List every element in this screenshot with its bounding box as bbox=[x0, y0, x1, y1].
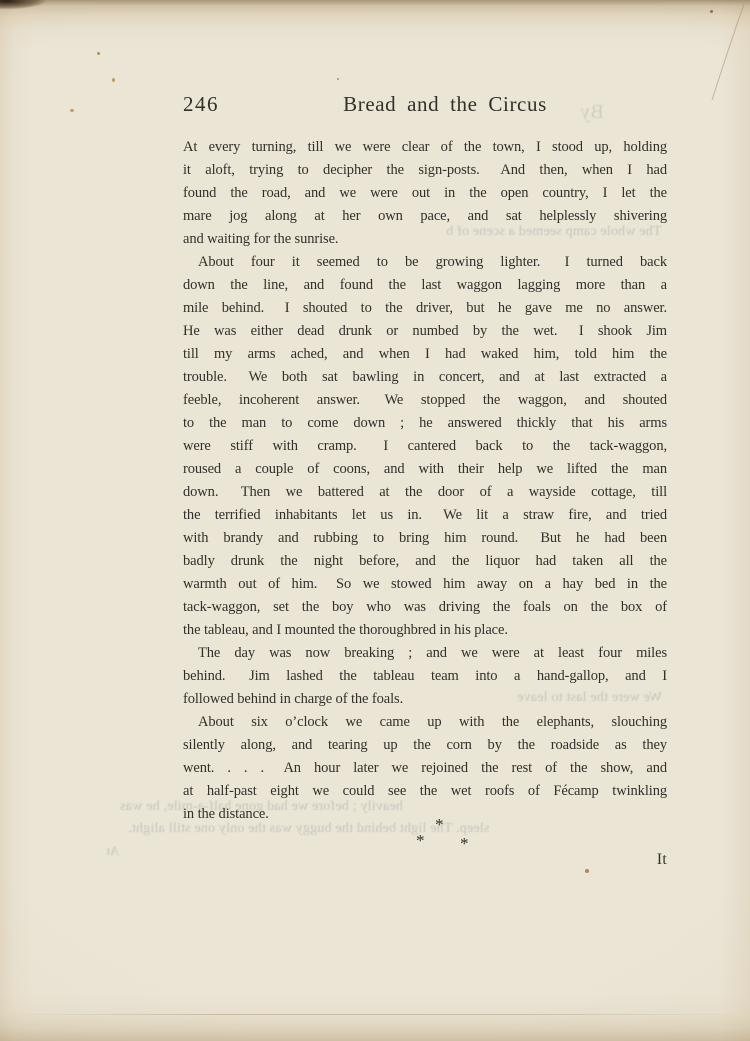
text-line: behind. Jim lashed the tableau team into… bbox=[183, 665, 667, 688]
foxing-spot bbox=[97, 52, 100, 55]
ghost-catchword: At bbox=[106, 843, 119, 859]
asterisk-icon: * bbox=[416, 836, 425, 846]
text-line: at half-past eight we could see the wet … bbox=[183, 780, 667, 803]
text-line: till my arms ached, and when I had waked… bbox=[183, 343, 667, 366]
text-line: About four it seemed to be growing light… bbox=[183, 251, 667, 274]
text-line: down the line, and found the last waggon… bbox=[183, 274, 667, 297]
binding-shadow bbox=[0, 0, 70, 14]
foxing-spot bbox=[585, 869, 589, 873]
text-line: tack-waggon, set the boy who was driving… bbox=[183, 596, 667, 619]
text-line: badly drunk the night before, and the li… bbox=[183, 550, 667, 573]
book-page-scan: By The whole camp seemed a scene of b We… bbox=[0, 0, 750, 1041]
page-header: 246 Bread and the Circus bbox=[183, 92, 667, 117]
text-line: silently along, and tearing up the corn … bbox=[183, 734, 667, 757]
foxing-spot bbox=[337, 78, 339, 80]
asterisk-icon: * bbox=[435, 820, 444, 830]
text-line: it aloft, trying to decipher the sign-po… bbox=[183, 159, 667, 182]
text-line: About six o’clock we came up with the el… bbox=[183, 711, 667, 734]
text-line: The day was now breaking ; and we were a… bbox=[183, 642, 667, 665]
text-line: mile behind. I shouted to the driver, bu… bbox=[183, 297, 667, 320]
page-text: At every turning, till we were clear of … bbox=[183, 136, 667, 826]
text-line: went. . . . An hour later we rejoined th… bbox=[183, 757, 667, 780]
foxing-spot bbox=[70, 109, 74, 112]
text-line: followed behind in charge of the foals. bbox=[183, 688, 667, 711]
text-line: found the road, and we were out in the o… bbox=[183, 182, 667, 205]
text-line: and waiting for the sunrise. bbox=[183, 228, 667, 251]
text-line: the tableau, and I mounted the thoroughb… bbox=[183, 619, 667, 642]
text-line: to the man to come down ; he answered th… bbox=[183, 412, 667, 435]
paper-crease bbox=[670, 0, 750, 120]
text-line: At every turning, till we were clear of … bbox=[183, 136, 667, 159]
foxing-spot bbox=[710, 10, 713, 13]
text-line: feeble, incoherent answer. We stopped th… bbox=[183, 389, 667, 412]
text-line: with brandy and rubbing to bring him rou… bbox=[183, 527, 667, 550]
text-line: down. Then we battered at the door of a … bbox=[183, 481, 667, 504]
text-line: roused a couple of coons, and with their… bbox=[183, 458, 667, 481]
foxing-spot bbox=[112, 78, 115, 82]
running-title: Bread and the Circus bbox=[273, 92, 617, 117]
page-number: 246 bbox=[183, 92, 273, 117]
text-line: in the distance. bbox=[183, 803, 667, 826]
text-line: were stiff with cramp. I cantered back t… bbox=[183, 435, 667, 458]
catchword: It bbox=[183, 851, 667, 869]
text-line: He was either dead drunk or numbed by th… bbox=[183, 320, 667, 343]
asterisk-icon: * bbox=[460, 839, 469, 849]
text-line: trouble. We both sat bawling in concert,… bbox=[183, 366, 667, 389]
text-line: the terrified inhabitants let us in. We … bbox=[183, 504, 667, 527]
page-curl-line bbox=[0, 1014, 750, 1015]
text-line: mare jog along at her own pace, and sat … bbox=[183, 205, 667, 228]
text-line: warmth out of him. So we stowed him away… bbox=[183, 573, 667, 596]
